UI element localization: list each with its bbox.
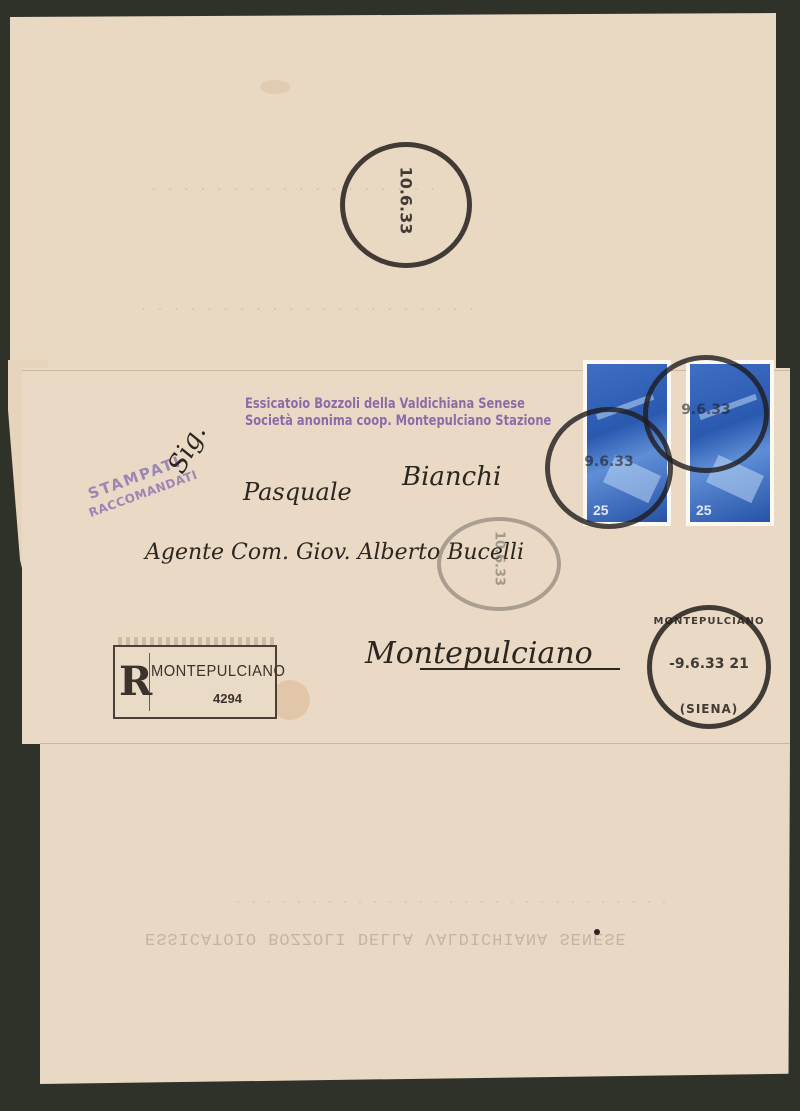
recipient-last-name: Bianchi bbox=[402, 462, 501, 492]
ink-spot bbox=[594, 929, 600, 935]
registration-office: MONTEPULCIANO bbox=[151, 663, 285, 681]
destination-town: Montepulciano bbox=[365, 636, 593, 671]
registration-letter: R bbox=[119, 653, 150, 711]
postmark-right: -9.6.33 21 MONTEPULCIANO (SIENA) bbox=[647, 605, 771, 729]
underline bbox=[420, 668, 620, 670]
postmark-top: 10.6.33 bbox=[340, 142, 472, 268]
fold-line bbox=[40, 743, 790, 744]
paper-stain bbox=[260, 80, 290, 94]
wrapper-bottom-flap bbox=[40, 742, 790, 1084]
stamp-value: 25 bbox=[696, 502, 712, 518]
show-through-text: ESSICATOIO BOZZOLI DELLA VALDICHIANA SEN… bbox=[145, 928, 627, 947]
postmark-on-stamp-right: 9.6.33 bbox=[643, 355, 769, 473]
postmark-center-faint: 10.6.33 bbox=[437, 517, 561, 611]
sender-cachet: Essicatoio Bozzoli della Valdichiana Sen… bbox=[245, 396, 551, 430]
registration-number: 4294 bbox=[213, 691, 242, 706]
recipient-first-name: Pasquale bbox=[243, 478, 352, 506]
sender-cachet-line1: Essicatoio Bozzoli della Valdichiana Sen… bbox=[245, 396, 551, 413]
label-perforation bbox=[118, 637, 274, 645]
show-through-text: . . . . . . . . . . . . . . . . . . . . … bbox=[235, 895, 668, 907]
sender-cachet-line2: Società anonima coop. Montepulciano Staz… bbox=[245, 413, 551, 430]
show-through-text: . . . . . . . . . . . . . . . . . . . . … bbox=[140, 300, 476, 314]
registration-label: R MONTEPULCIANO 4294 bbox=[113, 645, 277, 719]
